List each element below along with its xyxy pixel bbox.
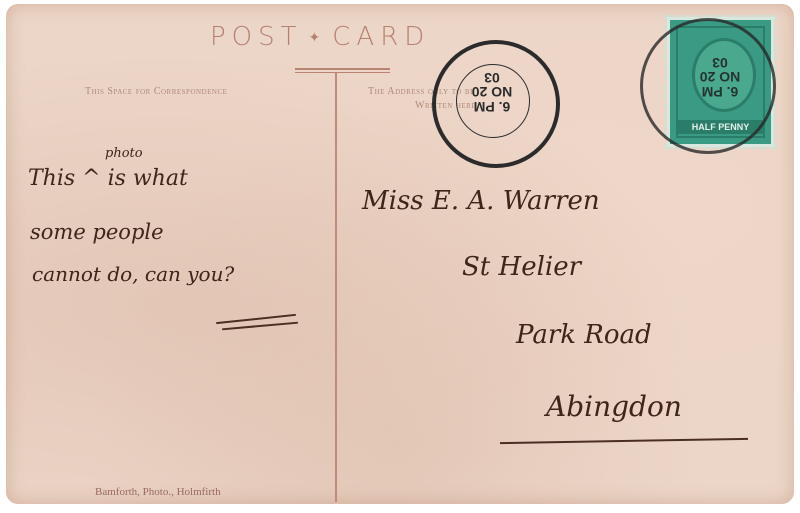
top-rule (295, 68, 390, 70)
correspondence-label: This Space for Correspondence (85, 86, 227, 97)
printer-credit: Bamforth, Photo., Holmfirth (95, 486, 221, 498)
message-insert: photo (105, 146, 143, 161)
top-rule-2 (295, 72, 390, 73)
postmark-year: 03 (462, 70, 522, 85)
title-post: POST (210, 22, 303, 52)
address-line-4: Abingdon (546, 390, 682, 423)
divider-line (335, 72, 337, 502)
postmark-time: 6. PM (462, 99, 522, 114)
stamp-postmark-text: 6. PM NO 20 03 (690, 55, 750, 99)
ornament-icon: ✦ (309, 30, 327, 46)
stamp-postmark-date: NO 20 (690, 70, 750, 85)
postcard-title: POST✦CARD (210, 22, 430, 52)
address-line-1: Miss E. A. Warren (362, 186, 600, 216)
postmark-date: NO 20 (462, 85, 522, 100)
postmark-text: 6. PM NO 20 03 (462, 70, 522, 114)
stamp-postmark-year: 03 (690, 55, 750, 70)
stamp-postmark-time: 6. PM (690, 84, 750, 99)
message-line-1: This ^ is what (28, 166, 188, 191)
message-line-2: some people (30, 220, 164, 244)
address-line-3: Park Road (516, 320, 652, 350)
message-line-3: cannot do, can you? (32, 262, 234, 286)
address-line-2: St Helier (462, 252, 581, 282)
title-card: CARD (332, 22, 430, 52)
